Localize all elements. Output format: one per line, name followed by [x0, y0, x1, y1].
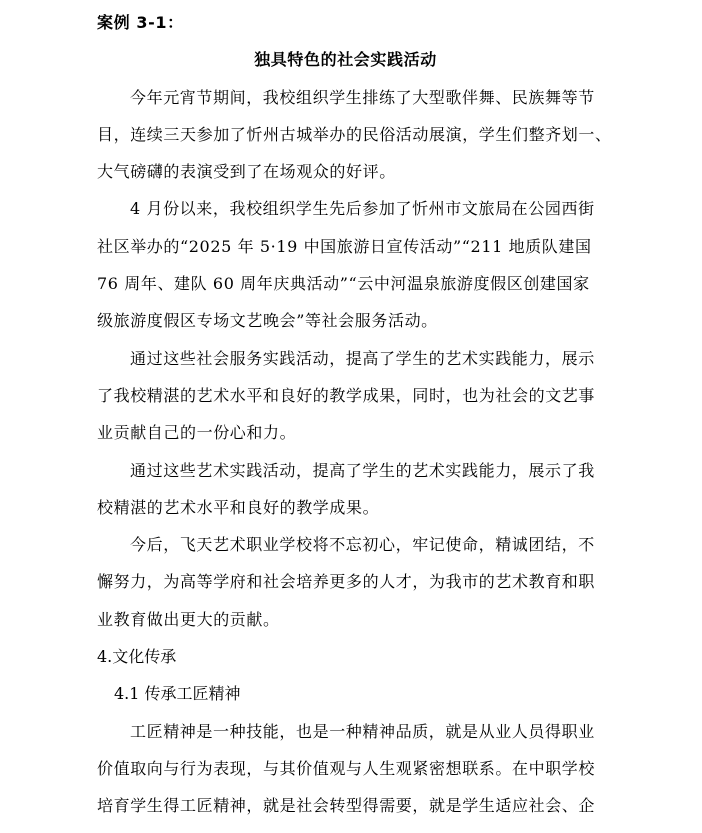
paragraph-line: 通过这些社会服务实践活动，提高了学生的艺术实践能力，展示	[97, 340, 602, 377]
paragraph-line: 4 月份以来，我校组织学生先后参加了忻州市文旅局在公园西街	[97, 190, 602, 227]
paragraph-line: 业教育做出更大的贡献。	[97, 601, 602, 638]
paragraph-line: 懈努力，为高等学府和社会培养更多的人才，为我市的艺术教育和职	[97, 563, 602, 600]
subsection-heading: 4.1 传承工匠精神	[97, 675, 602, 712]
paragraph-line: 目，连续三天参加了忻州古城举办的民俗活动展演，学生们整齐划一、	[97, 116, 602, 153]
paragraph-line: 今年元宵节期间，我校组织学生排练了大型歌伴舞、民族舞等节	[97, 79, 602, 116]
paragraph-line: 了我校精湛的艺术水平和良好的教学成果，同时，也为社会的文艺事	[97, 377, 602, 414]
paragraph-line: 培育学生得工匠精神，就是社会转型得需要，就是学生适应社会、企	[97, 787, 602, 824]
document-title: 独具特色的社会实践活动	[97, 41, 602, 78]
document-page: 案例 3-1： 独具特色的社会实践活动 今年元宵节期间，我校组织学生排练了大型歌…	[97, 4, 602, 825]
paragraph-line: 校精湛的艺术水平和良好的教学成果。	[97, 489, 602, 526]
paragraph-line: 通过这些艺术实践活动，提高了学生的艺术实践能力，展示了我	[97, 452, 602, 489]
paragraph-line: 76 周年、建队 60 周年庆典活动”“云中河温泉旅游度假区创建国家	[97, 265, 602, 302]
paragraph-line: 价值取向与行为表现，与其价值观与人生观紧密想联系。在中职学校	[97, 750, 602, 787]
section-heading: 4.文化传承	[97, 638, 602, 675]
paragraph-1: 今年元宵节期间，我校组织学生排练了大型歌伴舞、民族舞等节 目，连续三天参加了忻州…	[97, 79, 602, 191]
paragraph-line: 社区举办的“2025 年 5·19 中国旅游日宣传活动”“211 地质队建国	[97, 228, 602, 265]
paragraph-line: 工匠精神是一种技能，也是一种精神品质，就是从业人员得职业	[97, 713, 602, 750]
paragraph-line: 业贡献自己的一份心和力。	[97, 414, 602, 451]
case-label: 案例 3-1：	[97, 4, 602, 41]
subsection-paragraph: 工匠精神是一种技能，也是一种精神品质，就是从业人员得职业 价值取向与行为表现，与…	[97, 713, 602, 825]
paragraph-2: 4 月份以来，我校组织学生先后参加了忻州市文旅局在公园西街 社区举办的“2025…	[97, 190, 602, 339]
paragraph-4: 通过这些艺术实践活动，提高了学生的艺术实践能力，展示了我 校精湛的艺术水平和良好…	[97, 452, 602, 527]
paragraph-line: 今后，飞天艺术职业学校将不忘初心，牢记使命，精诚团结，不	[97, 526, 602, 563]
paragraph-5: 今后，飞天艺术职业学校将不忘初心，牢记使命，精诚团结，不 懈努力，为高等学府和社…	[97, 526, 602, 638]
paragraph-line: 级旅游度假区专场文艺晚会”等社会服务活动。	[97, 302, 602, 339]
paragraph-line: 大气磅礴的表演受到了在场观众的好评。	[97, 153, 602, 190]
paragraph-3: 通过这些社会服务实践活动，提高了学生的艺术实践能力，展示 了我校精湛的艺术水平和…	[97, 340, 602, 452]
